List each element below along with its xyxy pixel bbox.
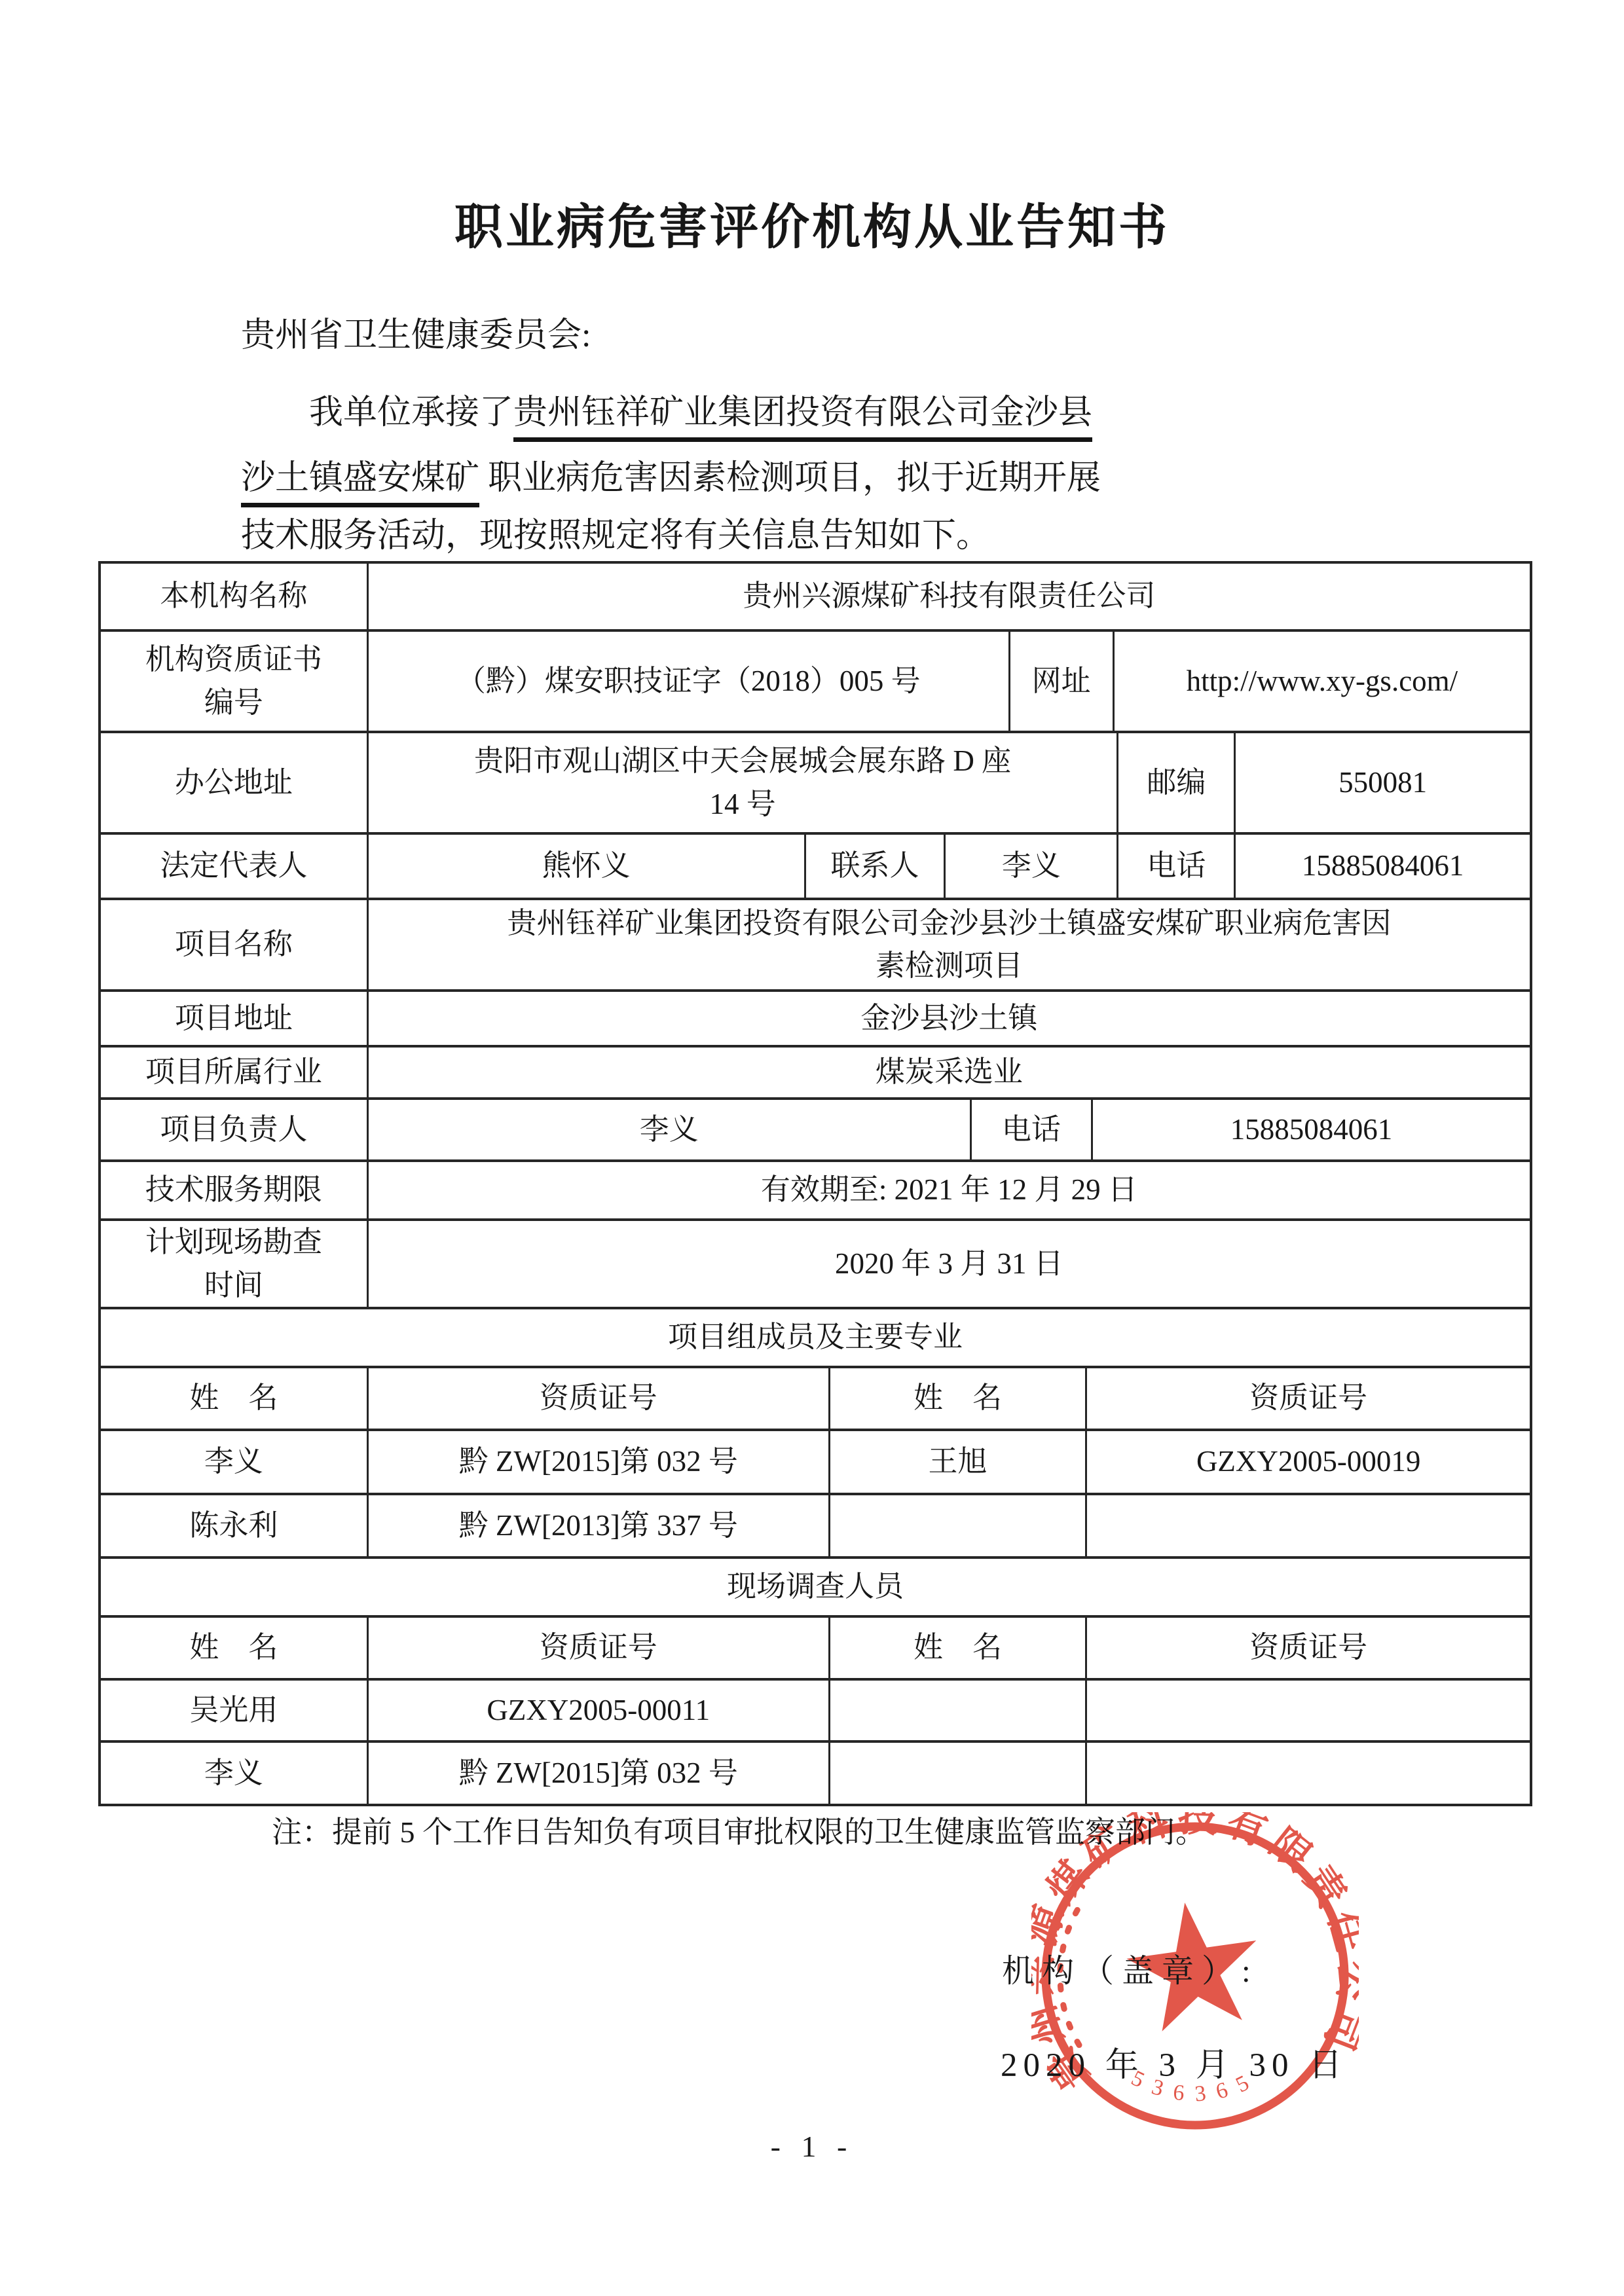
table-row: 法定代表人 熊怀义 联系人 李义 电话 15885084061 — [101, 832, 1530, 898]
member-cert: 黔 ZW[2013]第 337 号 — [367, 1495, 828, 1556]
member-name — [828, 1495, 1086, 1556]
phone-label: 电话 — [1116, 835, 1234, 898]
project-name-label: 项目名称 — [101, 900, 367, 989]
survey-time-label: 计划现场勘查 时间 — [101, 1221, 367, 1307]
postcode-value: 550081 — [1234, 733, 1530, 832]
project-lead-label: 项目负责人 — [101, 1100, 367, 1159]
survey-section-header: 现场调查人员 — [101, 1559, 1530, 1615]
table-row: 项目名称 贵州钰祥矿业集团投资有限公司金沙县沙土镇盛安煤矿职业病危害因 素检测项… — [101, 898, 1530, 989]
team-col-cert-2: 资质证号 — [1085, 1368, 1530, 1429]
table-row: 技术服务期限 有效期至: 2021 年 12 月 29 日 — [101, 1159, 1530, 1218]
survey-time-value: 2020 年 3 月 31 日 — [367, 1221, 1530, 1307]
project-name-value: 贵州钰祥矿业集团投资有限公司金沙县沙土镇盛安煤矿职业病危害因 素检测项目 — [367, 900, 1530, 989]
team-member-row: 陈永利 黔 ZW[2013]第 337 号 — [101, 1493, 1530, 1556]
team-col-name-2: 姓 名 — [828, 1368, 1086, 1429]
cert-number-value: （黔）煤安职技证字（2018）005 号 — [367, 632, 1008, 731]
table-row: 本机构名称 贵州兴源煤矿科技有限责任公司 — [101, 564, 1530, 629]
legal-rep-value: 熊怀义 — [367, 835, 804, 898]
industry-value: 煤炭采选业 — [367, 1048, 1530, 1097]
signature-label: 机构（盖章）: — [1002, 1946, 1259, 1992]
salutation: 贵州省卫生健康委员会: — [241, 316, 1413, 356]
project-address-value: 金沙县沙土镇 — [367, 992, 1530, 1045]
team-member-row: 李义 黔 ZW[2015]第 032 号 王旭 GZXY2005-00019 — [101, 1429, 1530, 1493]
member-cert: 黔 ZW[2015]第 032 号 — [367, 1431, 828, 1493]
survey-col-name-2: 姓 名 — [828, 1618, 1086, 1678]
survey-section-header-row: 现场调查人员 — [101, 1556, 1530, 1615]
team-columns-row: 姓 名 资质证号 姓 名 资质证号 — [101, 1366, 1530, 1429]
project-lead-value: 李义 — [367, 1100, 970, 1159]
survey-member-row: 李义 黔 ZW[2015]第 032 号 — [101, 1740, 1530, 1804]
page-title: 职业病危害评价机构从业告知书 — [0, 189, 1624, 258]
member-cert: 黔 ZW[2015]第 032 号 — [367, 1743, 828, 1804]
team-section-header: 项目组成员及主要专业 — [101, 1309, 1530, 1366]
intro-paragraph-line-3: 技术服务活动，现按照规定将有关信息告知如下。 — [241, 516, 1413, 556]
member-cert — [1085, 1495, 1530, 1556]
website-value: http://www.xy-gs.com/ — [1113, 632, 1530, 731]
phone-value: 15885084061 — [1234, 835, 1530, 898]
member-name: 李义 — [101, 1431, 367, 1493]
service-term-value: 有效期至: 2021 年 12 月 29 日 — [367, 1162, 1530, 1218]
industry-label: 项目所属行业 — [101, 1048, 367, 1097]
survey-col-cert-1: 资质证号 — [367, 1618, 828, 1678]
underlined-mine-name: 沙土镇盛安煤矿 — [241, 460, 479, 507]
team-col-cert-1: 资质证号 — [367, 1368, 828, 1429]
member-cert: GZXY2005-00019 — [1085, 1431, 1530, 1493]
org-name-value: 贵州兴源煤矿科技有限责任公司 — [367, 564, 1530, 629]
underlined-company-name: 贵州钰祥矿业集团投资有限公司金沙县 — [513, 394, 1092, 442]
org-name-label: 本机构名称 — [101, 564, 367, 629]
intro-paragraph-line-2: 沙土镇盛安煤矿 职业病危害因素检测项目，拟于近期开展 — [241, 458, 1413, 499]
office-address-label: 办公地址 — [101, 733, 367, 832]
survey-member-row: 吴光用 GZXY2005-00011 — [101, 1678, 1530, 1740]
member-name — [828, 1743, 1086, 1804]
table-row: 机构资质证书 编号 （黔）煤安职技证字（2018）005 号 网址 http:/… — [101, 629, 1530, 731]
table-row: 项目负责人 李义 电话 15885084061 — [101, 1097, 1530, 1159]
project-address-label: 项目地址 — [101, 992, 367, 1045]
intro-prefix: 我单位承接了 — [309, 394, 513, 431]
postcode-label: 邮编 — [1116, 733, 1234, 832]
member-name: 吴光用 — [101, 1681, 367, 1740]
member-cert: GZXY2005-00011 — [367, 1681, 828, 1740]
member-name — [828, 1681, 1086, 1740]
survey-columns-row: 姓 名 资质证号 姓 名 资质证号 — [101, 1615, 1530, 1678]
contact-label: 联系人 — [804, 835, 944, 898]
team-section-header-row: 项目组成员及主要专业 — [101, 1307, 1530, 1366]
table-row: 项目地址 金沙县沙土镇 — [101, 989, 1530, 1045]
info-table: 本机构名称 贵州兴源煤矿科技有限责任公司 机构资质证书 编号 （黔）煤安职技证字… — [98, 561, 1532, 1806]
cert-number-label: 机构资质证书 编号 — [101, 632, 367, 731]
member-name: 王旭 — [828, 1431, 1086, 1493]
team-col-name-1: 姓 名 — [101, 1368, 367, 1429]
document-page: 职业病危害评价机构从业告知书 贵州省卫生健康委员会: 我单位承接了贵州钰祥矿业集… — [0, 0, 1624, 2296]
contact-value: 李义 — [944, 835, 1116, 898]
office-address-value: 贵阳市观山湖区中天会展城会展东路 D 座 14 号 — [367, 733, 1117, 832]
table-row: 办公地址 贵阳市观山湖区中天会展城会展东路 D 座 14 号 邮编 550081 — [101, 731, 1530, 832]
website-label: 网址 — [1008, 632, 1113, 731]
member-name: 李义 — [101, 1743, 367, 1804]
survey-col-name-1: 姓 名 — [101, 1618, 367, 1678]
lead-phone-label: 电话 — [970, 1100, 1091, 1159]
service-term-label: 技术服务期限 — [101, 1162, 367, 1218]
table-row: 项目所属行业 煤炭采选业 — [101, 1045, 1530, 1097]
legal-rep-label: 法定代表人 — [101, 835, 367, 898]
member-cert — [1085, 1743, 1530, 1804]
page-number: - 1 - — [0, 2129, 1624, 2164]
table-row: 计划现场勘查 时间 2020 年 3 月 31 日 — [101, 1218, 1530, 1307]
signature-date: 2020 年 3 月 30 日 — [1001, 2037, 1348, 2086]
member-cert — [1085, 1681, 1530, 1740]
intro-paragraph-line-1: 我单位承接了贵州钰祥矿业集团投资有限公司金沙县 — [241, 393, 1413, 433]
intro-line2-rest: 职业病危害因素检测项目，拟于近期开展 — [479, 460, 1101, 497]
survey-col-cert-2: 资质证号 — [1085, 1618, 1530, 1678]
lead-phone-value: 15885084061 — [1091, 1100, 1530, 1159]
member-name: 陈永利 — [101, 1495, 367, 1556]
